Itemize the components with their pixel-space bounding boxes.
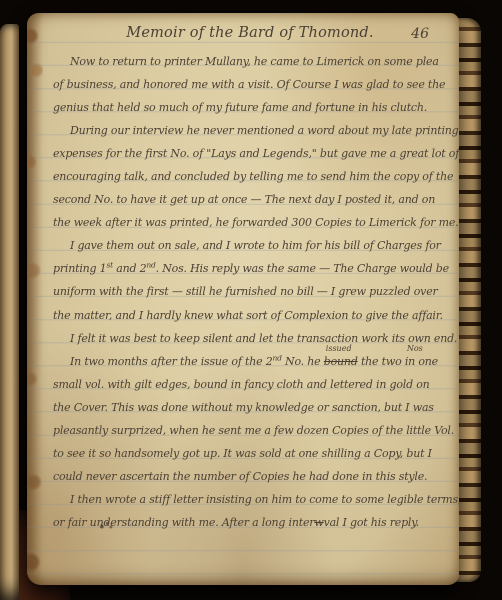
manuscript-line: expenses for the first No. of "Lays and … bbox=[53, 142, 457, 165]
interlinear-correction: Nos bbox=[407, 345, 423, 353]
manuscript-line: encouraging talk, and concluded by telli… bbox=[53, 165, 457, 188]
manuscript-line: the week after it was printed, he forwar… bbox=[53, 211, 457, 234]
page-title: Memoir of the Bard of Thomond. bbox=[27, 25, 459, 41]
manuscript-line: uniform with the first — still he furnis… bbox=[53, 280, 457, 303]
manuscript-line: to see it so handsomely got up. It was s… bbox=[53, 442, 457, 465]
torn-left-edge bbox=[27, 13, 43, 585]
page-number: 46 bbox=[411, 26, 429, 42]
adjacent-page-edge bbox=[0, 24, 19, 600]
manuscript-line: the matter, and I hardly knew what sort … bbox=[53, 304, 457, 327]
manuscript-line: small vol. with gilt edges, bound in fan… bbox=[53, 373, 457, 396]
manuscript-line: Now to return to printer Mullany, he cam… bbox=[53, 50, 457, 73]
manuscript-line: of business, and honored me with a visit… bbox=[53, 73, 457, 96]
manuscript-line: or fair understanding with me. After a l… bbox=[53, 511, 457, 534]
manuscript-line: I felt it was best to keep silent and le… bbox=[53, 327, 457, 350]
manuscript-line: genius that held so much of my future fa… bbox=[53, 96, 457, 119]
text-block: Now to return to printer Mullany, he cam… bbox=[53, 50, 457, 535]
ink-smudge bbox=[99, 521, 113, 529]
manuscript-line: second No. to have it get up at once — T… bbox=[53, 188, 457, 211]
manuscript-page: Memoir of the Bard of Thomond. 46 Now to… bbox=[27, 13, 459, 585]
photo-of-manuscript: Memoir of the Bard of Thomond. 46 Now to… bbox=[0, 0, 502, 600]
manuscript-line: I then wrote a stiff letter insisting on… bbox=[53, 488, 457, 511]
interlinear-correction: issued bbox=[326, 345, 352, 353]
manuscript-line: printing 1st and 2nd. Nos. His reply was… bbox=[53, 257, 457, 280]
manuscript-line: could never ascertain the number of Copi… bbox=[53, 465, 457, 488]
manuscript-line: the Cover. This was done without my know… bbox=[53, 396, 457, 419]
manuscript-line: pleasantly surprized, when he sent me a … bbox=[53, 419, 457, 442]
manuscript-line: During our interview he never mentioned … bbox=[53, 119, 457, 142]
manuscript-line: I gave them out on sale, and I wrote to … bbox=[53, 234, 457, 257]
manuscript-line: In two months after the issue of the 2nd… bbox=[53, 350, 457, 373]
page-header: Memoir of the Bard of Thomond. 46 bbox=[27, 25, 459, 49]
